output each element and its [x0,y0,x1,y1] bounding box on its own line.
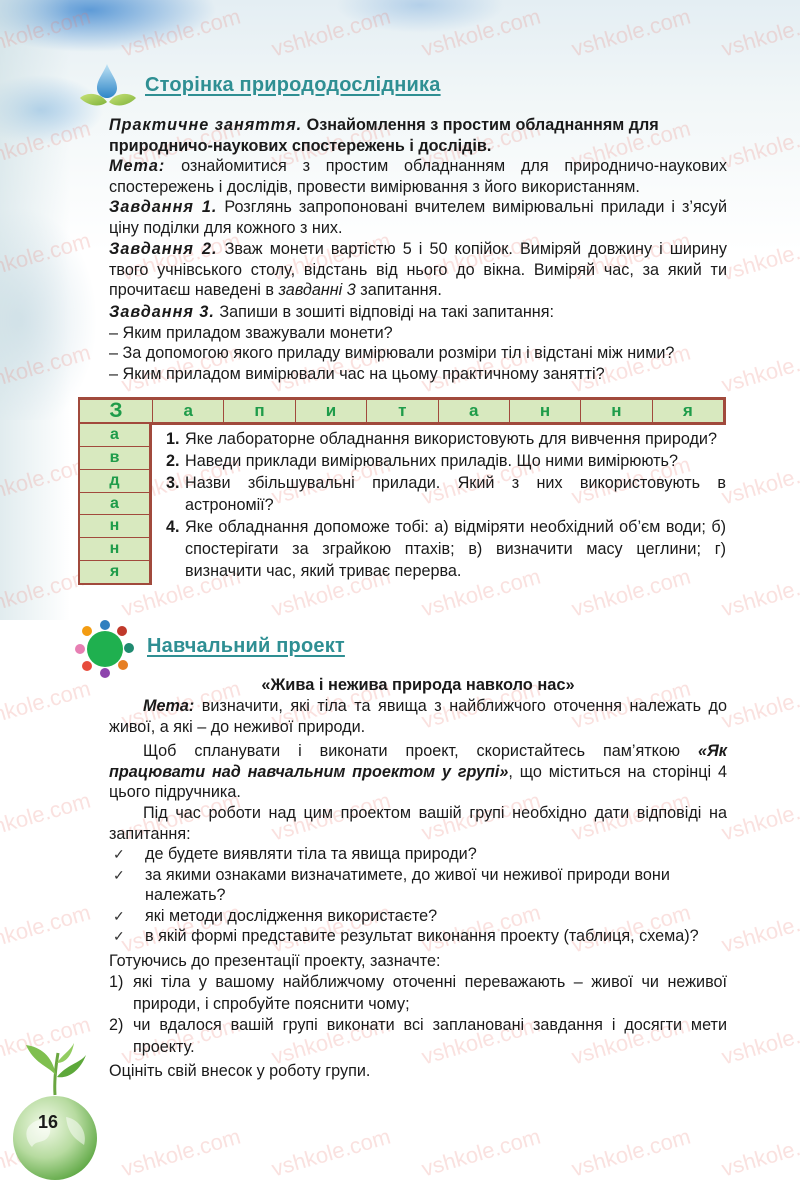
presentation-item: 2) чи вдалося вашій групі виконати всі з… [109,1015,727,1058]
question-text: Назви збільшувальні прилади. Який з них … [185,472,726,516]
task1-paragraph: Завдання 1. Розглянь запропоновані вчите… [109,197,727,238]
practical-lesson-label: Практичне заняття. [109,116,302,134]
project-goal-text: визначити, які тіла та явища з найближчо… [109,697,727,736]
project-goal-label: Мета: [143,697,194,715]
questions-table-column: а в д а н н я [78,423,152,585]
column-letter: а [80,493,149,515]
question-text: Яке лабораторне обладнання використовуют… [185,428,726,450]
header-letter: и [296,400,366,422]
section-title-naturalist-page: Сторінка природодослідника [145,74,441,97]
questions-table: З а п и т а н н я а в д а н н я 1. Яке л… [78,397,726,587]
task1-label: Завдання 1. [109,198,217,216]
goal-paragraph: Мета: ознайомитися з простим обладнанням… [109,156,727,197]
column-letter: в [80,447,149,469]
project-title: «Жива і нежива природа навколо нас» [109,676,727,695]
header-letter: н [581,400,651,422]
task2-paragraph: Завдання 2. Зваж монети вартістю 5 і 50 … [109,239,727,301]
water-drop-leaves-icon [80,62,136,116]
header-letter: т [367,400,437,422]
presentation-item-text: які тіла у вашому найближчому оточенні п… [133,972,727,1015]
checklist-item: ✓ за якими ознаками визначатимете, до жи… [109,865,727,906]
practical-lesson-paragraph: Практичне заняття. Ознайомлення з прости… [109,115,727,156]
task3-text: Запиши в зошиті відповіді на такі запита… [215,303,554,321]
question-number: 2. [166,450,185,472]
question-item: 2. Наведи приклади вимірювальних приладі… [166,450,726,472]
project-plan-text: Щоб спланувати і виконати проект, скорис… [143,742,698,760]
questions-list: 1. Яке лабораторне обладнання використов… [166,428,726,582]
practical-lesson-text: Ознайомлення з простим обладнанням для [302,116,659,134]
question-text: Яке обладнання допоможе тобі: а) відміря… [185,516,726,582]
check-icon: ✓ [109,865,145,906]
task3-question: – Яким приладом вимірювали час на цьому … [109,364,727,385]
question-text: Наведи приклади вимірювальних приладів. … [185,450,726,472]
check-icon: ✓ [109,906,145,927]
check-icon: ✓ [109,844,145,865]
column-letter: а [80,424,149,446]
checklist-item: ✓ які методи дослідження використаєте? [109,906,727,927]
question-number: 4. [166,516,185,582]
page-number: 16 [38,1112,58,1133]
header-letter: н [510,400,580,422]
questions-table-header: З а п и т а н н я [78,397,726,425]
task3-question: – Яким приладом зважували монети? [109,323,727,344]
header-letter: З [80,400,152,422]
header-letter: а [153,400,223,422]
presentation-intro: Готуючись до презентації проекту, зазнач… [109,951,727,972]
presentation-item: 1) які тіла у вашому найближчому оточенн… [109,972,727,1015]
practical-lesson-text-2: природничо-наукових спостережень і дослі… [109,137,491,155]
task2-text-end: запитання. [356,281,442,299]
section-title-study-project: Навчальний проект [147,635,345,658]
task3-label: Завдання 3. [109,303,215,321]
question-number: 3. [166,472,185,516]
presentation-item-number: 2) [109,1015,133,1058]
presentation-item-number: 1) [109,972,133,1015]
checklist-text: які методи дослідження використаєте? [145,906,437,927]
check-icon: ✓ [109,926,145,947]
column-letter: я [80,561,149,583]
task3-paragraph: Завдання 3. Запиши в зошиті відповіді на… [109,302,727,384]
task3-question: – За допомогою якого приладу вимірювали … [109,343,727,364]
question-item: 3. Назви збільшувальні прилади. Який з н… [166,472,726,516]
checklist-item: ✓ де будете виявляти тіла та явища приро… [109,844,727,865]
question-item: 1. Яке лабораторне обладнання використов… [166,428,726,450]
header-letter: п [224,400,294,422]
checklist-text: в якій формі представите результат викон… [145,926,699,947]
questions-intro: Під час роботи над цим проектом вашій гр… [109,803,727,844]
team-circle-icon [74,618,136,680]
checklist-text: де будете виявляти тіла та явища природи… [145,844,477,865]
column-letter: д [80,470,149,492]
project-checklist: ✓ де будете виявляти тіла та явища приро… [109,844,727,947]
column-letter: н [80,538,149,560]
task2-label: Завдання 2. [109,240,218,258]
task2-text-italic: завданні 3 [278,281,355,299]
goal-label: Мета: [109,157,165,175]
checklist-item: ✓ в якій формі представите результат вик… [109,926,727,947]
closing-text: Оцініть свій внесок у роботу групи. [109,1061,727,1082]
project-plan-paragraph: Щоб спланувати і виконати проект, скорис… [109,741,727,803]
presentation-item-text: чи вдалося вашій групі виконати всі запл… [133,1015,727,1058]
project-goal-paragraph: Мета: визначити, які тіла та явища з най… [109,696,727,737]
goal-text: ознайомитися з простим обладнанням для п… [109,157,727,196]
question-item: 4. Яке обладнання допоможе тобі: а) відм… [166,516,726,582]
header-letter: а [439,400,509,422]
header-letter: я [653,400,723,422]
column-letter: н [80,515,149,537]
question-number: 1. [166,428,185,450]
checklist-text: за якими ознаками визначатимете, до живо… [145,865,727,906]
presentation-list: 1) які тіла у вашому найближчому оточенн… [109,972,727,1058]
globe-sprout-icon [10,1035,100,1184]
page: Сторінка природодослідника Практичне зан… [0,0,800,1184]
